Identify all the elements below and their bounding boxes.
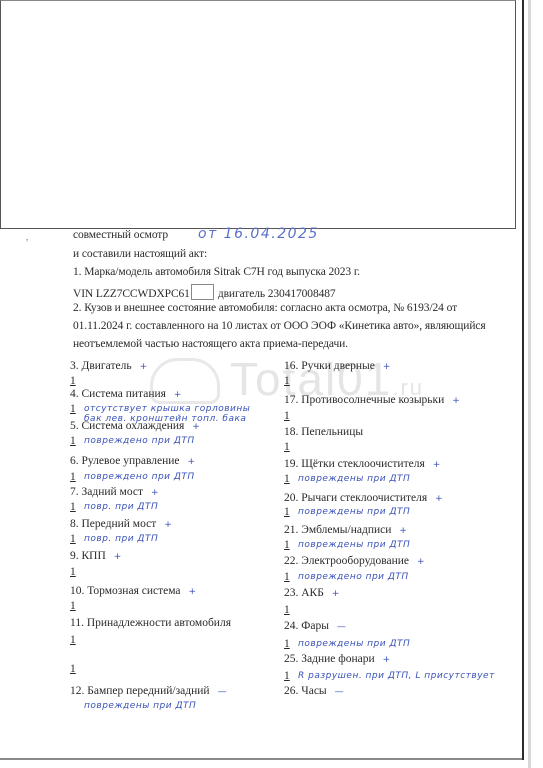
item-value: 1 — [70, 375, 76, 387]
item-title-text: 26. Часы — [284, 685, 327, 697]
item-value: 1 — [70, 501, 76, 513]
body-condition-line2: 01.11.2024 г. составленного на 10 листах… — [73, 320, 486, 332]
item-title: 24. Фары— — [284, 620, 346, 632]
item-title-text: 7. Задний мост — [70, 486, 143, 498]
engine-number: двигатель 230417008487 — [218, 288, 336, 300]
item-title: 23. АКБ+ — [284, 587, 339, 599]
item-value: 1 — [284, 539, 290, 551]
handwritten-mark: + — [164, 520, 172, 530]
item-title: 10. Тормозная система+ — [70, 585, 196, 597]
item-title-text: 10. Тормозная система — [70, 585, 181, 597]
item-value: 1 — [70, 634, 76, 646]
item-value: 1 — [70, 663, 76, 675]
item-title-text: 3. Двигатель — [70, 360, 132, 372]
body-condition-line3: неотъемлемой частью настоящего акта прие… — [73, 338, 348, 350]
vehicle-model-line: 1. Марка/модель автомобиля Sitrak C7H го… — [73, 266, 360, 278]
item-title: 16. Ручки дверные+ — [284, 360, 390, 372]
page-edge-shadow — [528, 0, 531, 768]
item-title-text: 22. Электрооборудование — [284, 555, 409, 567]
item-title: 19. Щётки стеклоочистителя+ — [284, 458, 440, 470]
item-title-text: 8. Передний мост — [70, 518, 156, 530]
vin-redacted-box — [191, 284, 214, 300]
handwritten-mark: — — [335, 687, 344, 697]
handwritten-mark: + — [383, 655, 391, 665]
item-value: 1 — [284, 670, 290, 682]
item-title: 21. Эмблемы/надписи+ — [284, 524, 407, 536]
item-title-text: 17. Противосолнечные козырьки — [284, 394, 444, 406]
item-title-text: 18. Пепельницы — [284, 426, 363, 438]
joint-inspection-label: совместный осмотр — [73, 229, 168, 241]
item-title: 4. Система питания+ — [70, 388, 181, 400]
item-title: 9. КПП+ — [70, 550, 121, 562]
item-title: 11. Принадлежности автомобиля — [70, 617, 231, 629]
vin-line: VIN LZZ7CCWDXPC61двигатель 230417008487 — [73, 284, 336, 300]
item-value: 1 — [284, 410, 290, 422]
handwritten-note: повреждено при ДТП — [84, 472, 195, 482]
item-title: 12. Бампер передний/задний— — [70, 685, 227, 697]
item-title-text: 5. Система охлаждения — [70, 420, 184, 432]
handwritten-note: R разрушен. при ДТП, L присутствует — [298, 671, 495, 681]
item-title: 20. Рычаги стеклоочистителя+ — [284, 492, 443, 504]
handwritten-mark: + — [383, 362, 391, 372]
handwritten-mark: + — [174, 390, 182, 400]
item-title: 3. Двигатель+ — [70, 360, 147, 372]
item-title: 22. Электрооборудование+ — [284, 555, 425, 567]
item-title-text: 19. Щётки стеклоочистителя — [284, 458, 425, 470]
act-intro: и составили настоящий акт: — [73, 248, 207, 260]
handwritten-mark: + — [452, 396, 460, 406]
redacted-area — [0, 0, 516, 229]
handwritten-note: повреждены при ДТП — [84, 701, 196, 711]
item-title-text: 23. АКБ — [284, 587, 324, 599]
item-value: 1 — [284, 571, 290, 583]
item-title-text: 9. КПП — [70, 550, 106, 562]
handwritten-mark: + — [332, 589, 340, 599]
handwritten-mark: + — [188, 457, 196, 467]
item-title-text: 16. Ручки дверные — [284, 360, 375, 372]
handwritten-mark: + — [435, 494, 443, 504]
item-value: 1 — [70, 471, 76, 483]
handwritten-note: повреждены при ДТП — [298, 474, 410, 484]
handwritten-note: повр. при ДТП — [84, 534, 158, 544]
handwritten-mark: + — [151, 488, 159, 498]
item-title: 25. Задние фонари+ — [284, 653, 390, 665]
item-value: 1 — [284, 506, 290, 518]
item-title-text: 20. Рычаги стеклоочистителя — [284, 492, 427, 504]
handwritten-mark: + — [433, 460, 441, 470]
item-value: 1 — [284, 375, 290, 387]
item-title-text: 24. Фары — [284, 620, 329, 632]
handwritten-note: повреждены при ДТП — [298, 540, 410, 550]
handwritten-mark: + — [114, 552, 122, 562]
item-title-text: 4. Система питания — [70, 388, 166, 400]
handwritten-mark: — — [218, 687, 227, 697]
handwritten-note: повреждено при ДТП — [298, 572, 409, 582]
handwritten-mark: + — [189, 587, 197, 597]
item-value: 1 — [284, 638, 290, 650]
handwritten-note: повр. при ДТП — [84, 502, 158, 512]
item-title: 18. Пепельницы — [284, 426, 363, 438]
item-value: 1 — [284, 604, 290, 616]
item-title-text: 25. Задние фонари — [284, 653, 375, 665]
handwritten-mark: + — [399, 526, 407, 536]
body-condition-line1: 2. Кузов и внешнее состояние автомобиля:… — [73, 302, 457, 314]
item-title: 5. Система охлаждения+ — [70, 420, 200, 432]
item-value: 1 — [284, 473, 290, 485]
vin-text: VIN LZZ7CCWDXPC61 — [73, 288, 190, 300]
page-bottom-edge — [0, 758, 522, 760]
item-title: 17. Противосолнечные козырьки+ — [284, 394, 460, 406]
item-title: 6. Рулевое управление+ — [70, 455, 195, 467]
handwritten-note: повреждены при ДТП — [298, 639, 410, 649]
item-title-text: 21. Эмблемы/надписи — [284, 524, 391, 536]
item-value: 1 — [284, 441, 290, 453]
item-value: 1 — [70, 533, 76, 545]
handwritten-note: отсутствует крышка горловины — [84, 404, 250, 414]
handwritten-mark: + — [140, 362, 148, 372]
item-value: 1 — [70, 566, 76, 578]
page-edge — [522, 0, 524, 760]
item-title-text: 11. Принадлежности автомобиля — [70, 617, 231, 629]
handwritten-note: повреждены при ДТП — [298, 507, 410, 517]
handwritten-note: повреждено при ДТП — [84, 436, 195, 446]
item-title: 8. Передний мост+ — [70, 518, 172, 530]
item-title: 26. Часы— — [284, 685, 344, 697]
inspection-date-handwritten: от 16.04.2025 — [198, 226, 319, 242]
handwritten-mark: + — [417, 557, 425, 567]
item-value: 1 — [70, 403, 76, 415]
item-value: 1 — [70, 600, 76, 612]
handwritten-mark: + — [192, 422, 200, 432]
scan-mark: , — [26, 232, 28, 242]
item-title-text: 6. Рулевое управление — [70, 455, 180, 467]
handwritten-mark: — — [337, 622, 346, 632]
item-title-text: 12. Бампер передний/задний — [70, 685, 210, 697]
item-title: 7. Задний мост+ — [70, 486, 159, 498]
item-value: 1 — [70, 435, 76, 447]
